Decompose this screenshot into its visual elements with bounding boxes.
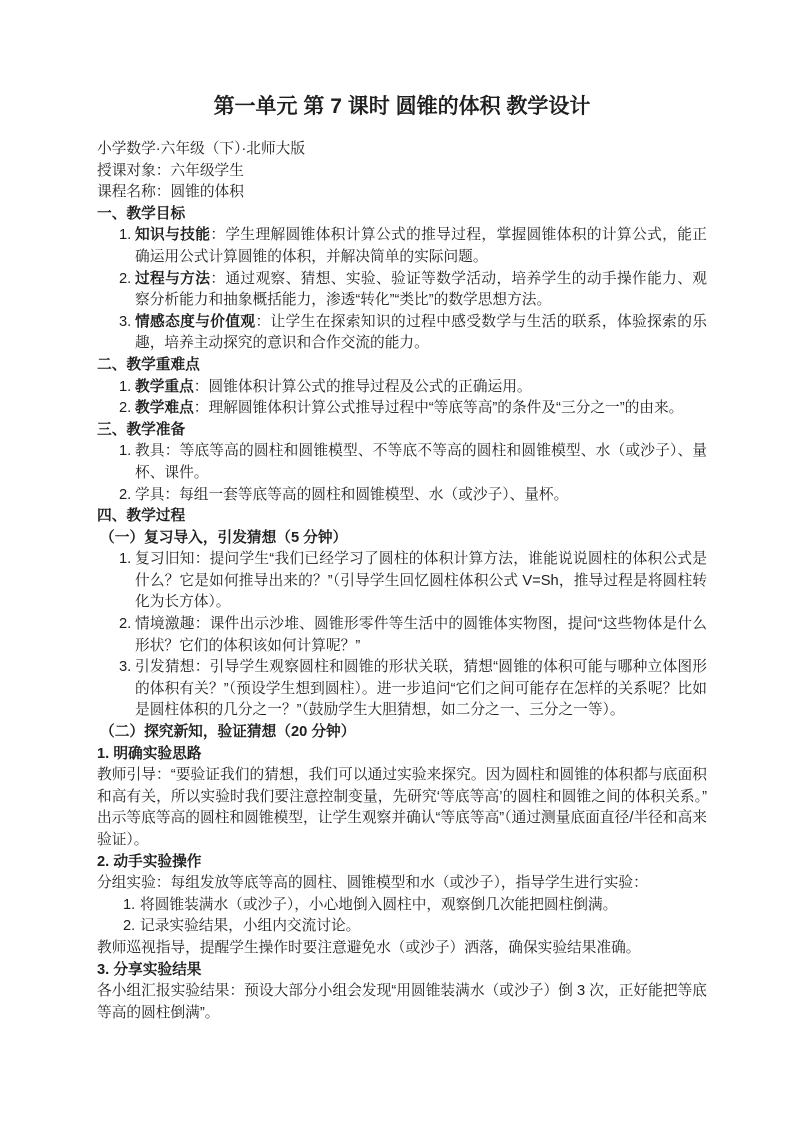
step2-note-paragraph: 教师巡视指导，提醒学生操作时要注意避免水（或沙子）洒落，确保实验结果准确。 [97, 938, 707, 960]
meta-course: 课程名称：圆锥的体积 [97, 182, 707, 204]
list-item-preparation: 2. 学具：每组一套等底等高的圆柱和圆锥模型、水（或沙子）、量杯。 [97, 485, 707, 507]
document-title: 第一单元 第 7 课时 圆锥的体积 教学设计 [97, 92, 707, 122]
item-text: 教具：等底等高的圆柱和圆锥模型、不等底不等高的圆柱和圆锥模型、水（或沙子）、量杯… [135, 443, 707, 481]
item-number: 2. [123, 916, 135, 938]
item-number: 2. [119, 269, 131, 291]
item-term: 教学难点 [135, 400, 194, 416]
list-item-key-point: 1. 教学重点：圆锥体积计算公式的推导过程及公式的正确运用。 [97, 377, 707, 399]
item-number: 1. [119, 549, 131, 571]
item-text: 引发猜想：引导学生观察圆柱和圆锥的形状关联，猜想“圆锥的体积可能与哪种立体图形的… [135, 659, 707, 718]
item-number: 2. [119, 614, 131, 636]
section-heading-preparation: 三、教学准备 [97, 420, 707, 442]
list-item-key-point: 2. 教学难点：理解圆锥体积计算公式推导过程中“等底等高”的条件及“三分之一”的… [97, 398, 707, 420]
step-heading-3: 3. 分享实验结果 [97, 960, 707, 982]
item-number: 3. [119, 657, 131, 679]
list-item-objective: 1. 知识与技能：学生理解圆锥体积计算公式的推导过程，掌握圆锥体积的计算公式，能… [97, 225, 707, 268]
subsection-heading-part2: （二）探究新知，验证猜想（20 分钟） [97, 722, 707, 744]
item-term: 教学重点 [135, 379, 194, 395]
item-text: 将圆锥装满水（或沙子），小心地倒入圆柱中，观察倒几次能把圆柱倒满。 [140, 897, 617, 913]
meta-edition: 小学数学·六年级（下）·北师大版 [97, 139, 707, 161]
item-text: ：通过观察、猜想、实验、验证等数学活动，培养学生的动手操作能力、观察分析能力和抽… [135, 271, 707, 309]
document-page: 第一单元 第 7 课时 圆锥的体积 教学设计 小学数学·六年级（下）·北师大版 … [0, 0, 794, 1123]
item-number: 1. [123, 895, 135, 917]
meta-audience: 授课对象：六年级学生 [97, 161, 707, 183]
item-text: 记录实验结果，小组内交流讨论。 [140, 918, 360, 934]
item-text: ：圆锥体积计算公式的推导过程及公式的正确运用。 [194, 379, 532, 395]
item-term: 知识与技能 [135, 227, 210, 243]
list-item-step2: 1. 将圆锥装满水（或沙子），小心地倒入圆柱中，观察倒几次能把圆柱倒满。 [97, 895, 707, 917]
item-term: 情感态度与价值观 [135, 314, 256, 330]
step1-paragraph: 教师引导：“要验证我们的猜想，我们可以通过实验来探究。因为圆柱和圆锥的体积都与底… [97, 765, 707, 851]
item-text: 复习旧知：提问学生“我们已经学习了圆柱的体积计算方法，谁能说说圆柱的体积公式是什… [135, 551, 707, 610]
step3-paragraph: 各小组汇报实验结果：预设大部分小组会发现“用圆锥装满水（或沙子）倒 3 次，正好… [97, 981, 707, 1024]
item-number: 2. [119, 398, 131, 420]
item-number: 3. [119, 312, 131, 334]
section-heading-process: 四、教学过程 [97, 506, 707, 528]
item-text: 情境激趣：课件出示沙堆、圆锥形零件等生活中的圆锥体实物图，提问“这些物体是什么形… [135, 616, 707, 654]
section-heading-objectives: 一、教学目标 [97, 204, 707, 226]
step-heading-2: 2. 动手实验操作 [97, 852, 707, 874]
item-text: ：理解圆锥体积计算公式推导过程中“等底等高”的条件及“三分之一”的由来。 [194, 400, 684, 416]
list-item-preparation: 1. 教具：等底等高的圆柱和圆锥模型、不等底不等高的圆柱和圆锥模型、水（或沙子）… [97, 441, 707, 484]
item-number: 1. [119, 441, 131, 463]
step2-lead-paragraph: 分组实验：每组发放等底等高的圆柱、圆锥模型和水（或沙子），指导学生进行实验： [97, 873, 707, 895]
item-number: 1. [119, 225, 131, 247]
list-item-objective: 2. 过程与方法：通过观察、猜想、实验、验证等数学活动，培养学生的动手操作能力、… [97, 269, 707, 312]
list-item-step2: 2. 记录实验结果，小组内交流讨论。 [97, 916, 707, 938]
list-item-objective: 3. 情感态度与价值观：让学生在探索知识的过程中感受数学与生活的联系，体验探索的… [97, 312, 707, 355]
item-term: 过程与方法 [135, 271, 210, 287]
list-item-part1: 3. 引发猜想：引导学生观察圆柱和圆锥的形状关联，猜想“圆锥的体积可能与哪种立体… [97, 657, 707, 722]
list-item-part1: 1. 复习旧知：提问学生“我们已经学习了圆柱的体积计算方法，谁能说说圆柱的体积公… [97, 549, 707, 614]
list-item-part1: 2. 情境激趣：课件出示沙堆、圆锥形零件等生活中的圆锥体实物图，提问“这些物体是… [97, 614, 707, 657]
item-number: 2. [119, 485, 131, 507]
item-text: ：学生理解圆锥体积计算公式的推导过程，掌握圆锥体积的计算公式，能正确运用公式计算… [135, 227, 707, 265]
section-heading-key-points: 二、教学重难点 [97, 355, 707, 377]
step-heading-1: 1. 明确实验思路 [97, 744, 707, 766]
subsection-heading-part1: （一）复习导入，引发猜想（5 分钟） [97, 528, 707, 550]
item-text: 学具：每组一套等底等高的圆柱和圆锥模型、水（或沙子）、量杯。 [135, 487, 568, 503]
item-number: 1. [119, 377, 131, 399]
